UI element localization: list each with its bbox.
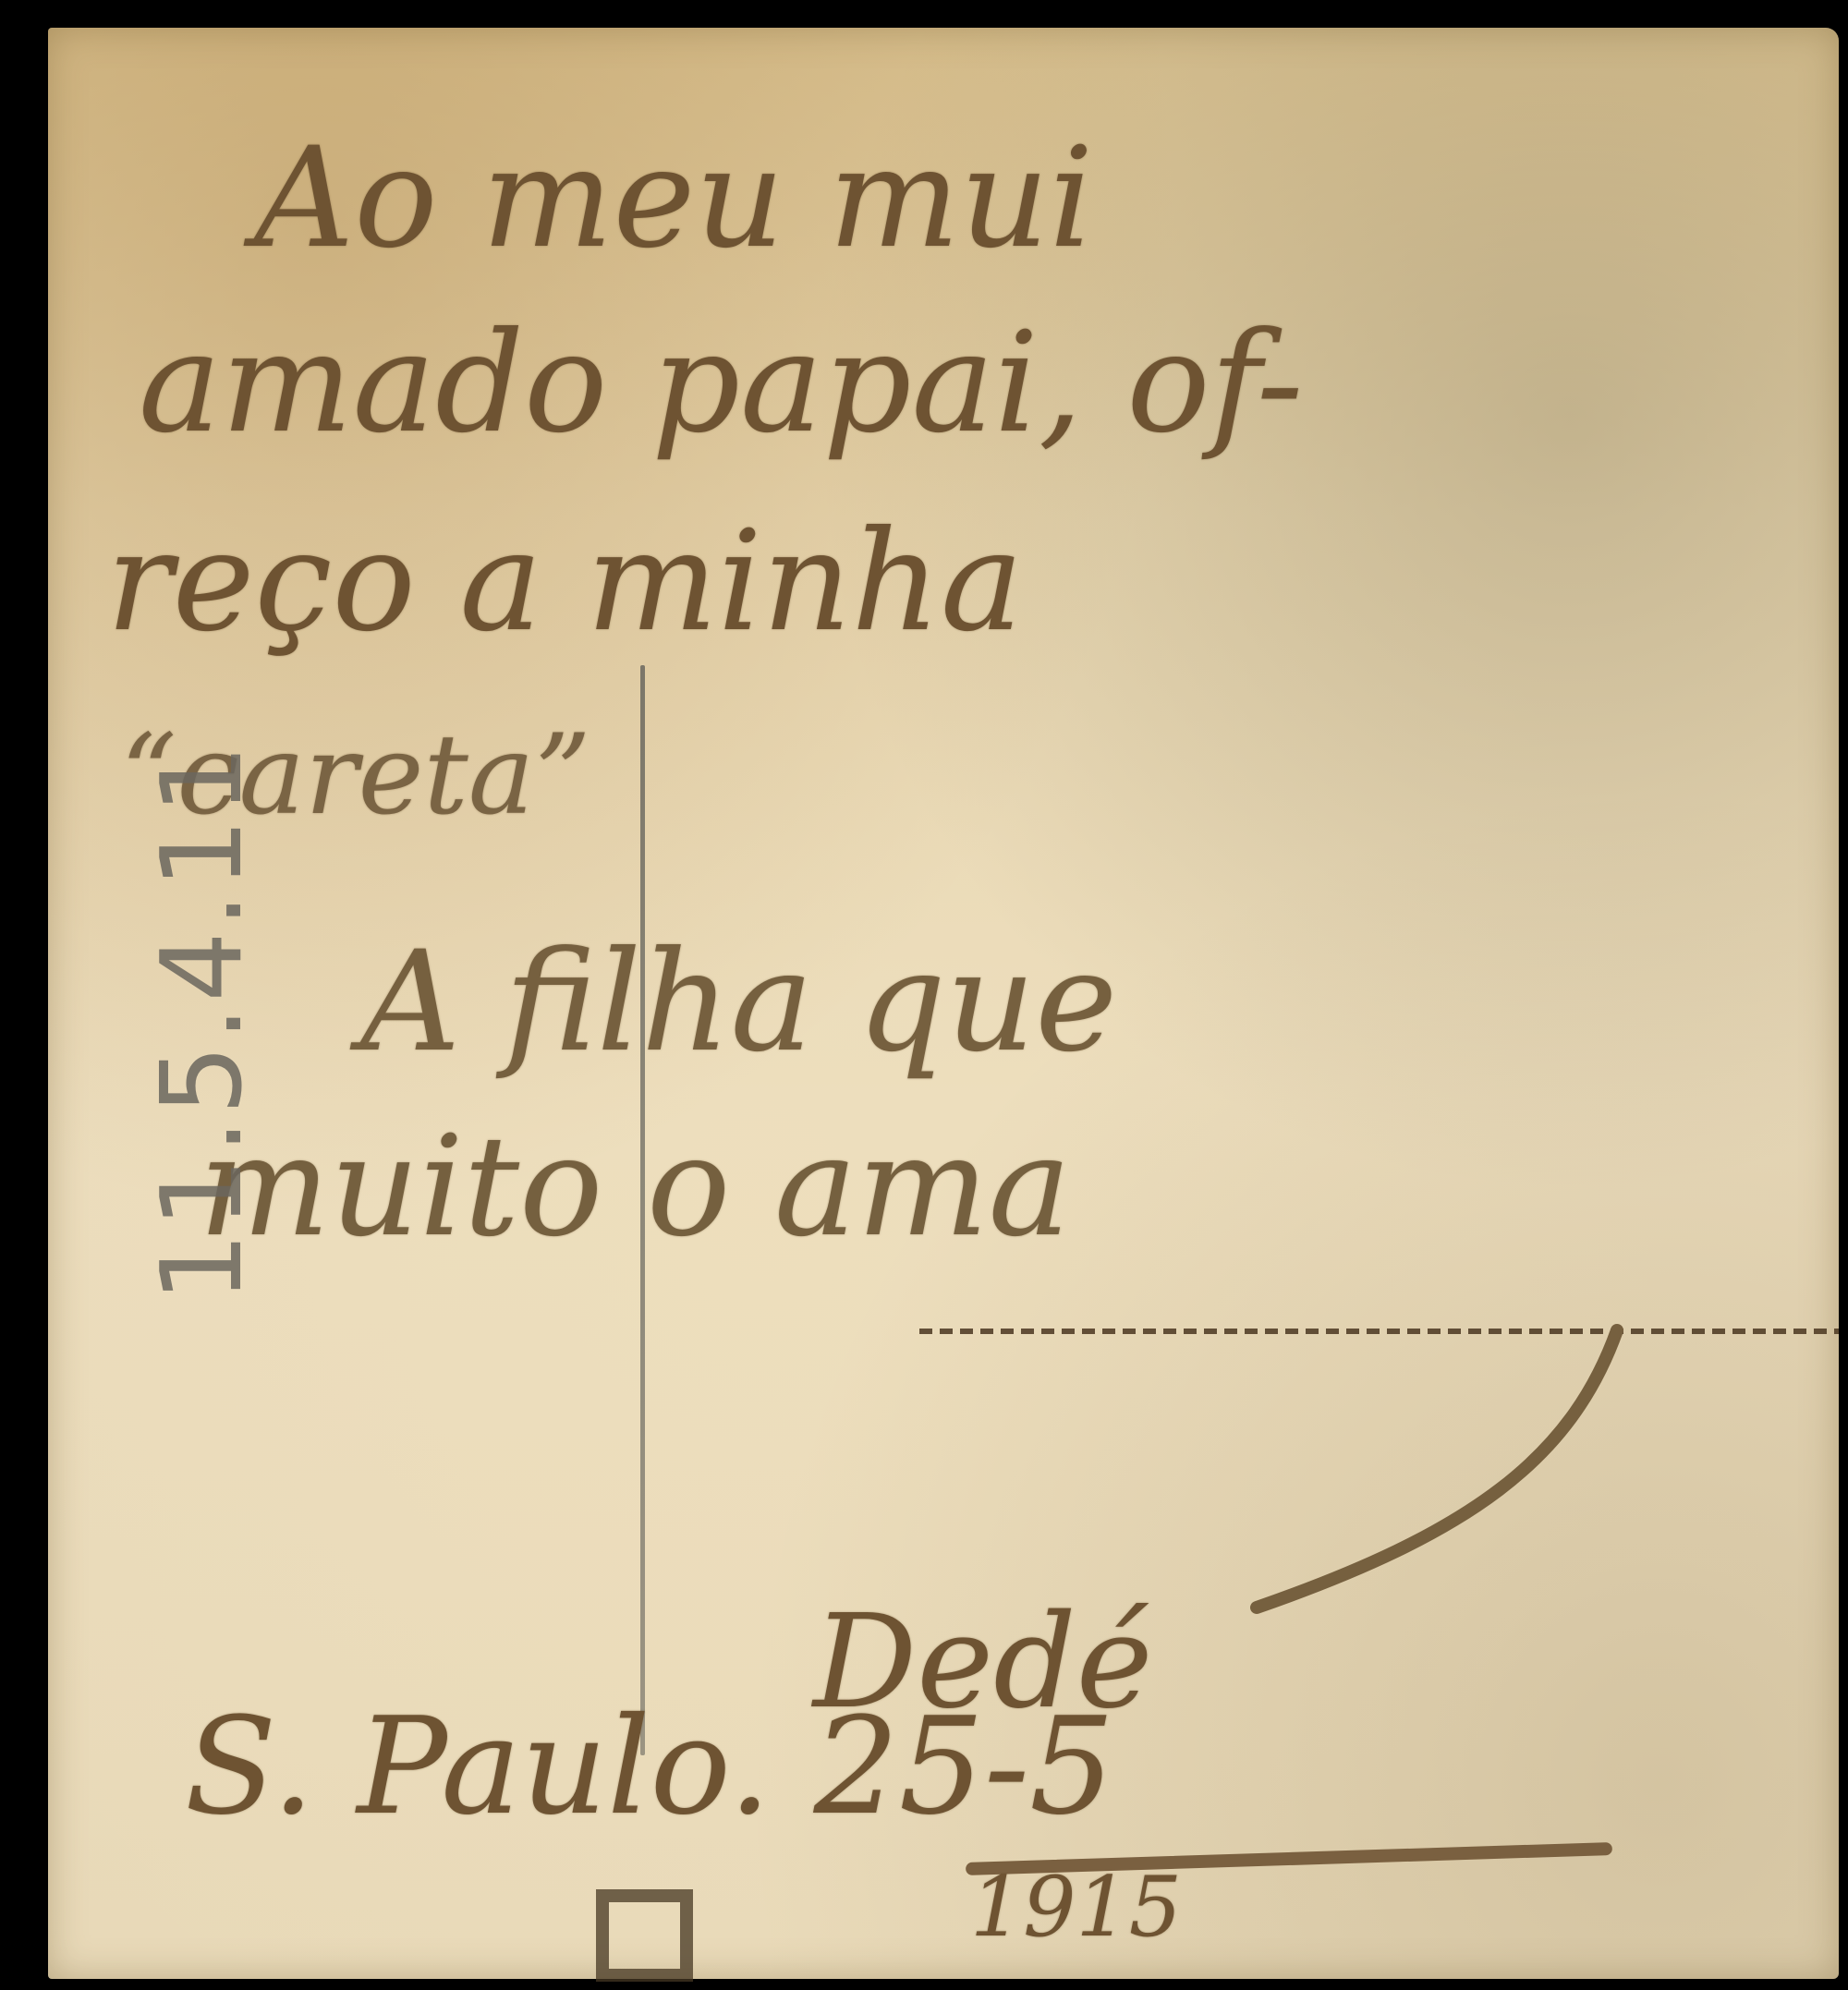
dedication-line-6: muito o ama (199, 1118, 1071, 1256)
year: 1915 (970, 1866, 1182, 1949)
place-date: S. Paulo. 25-5 (185, 1700, 1114, 1834)
ink-flourish-stroke (1238, 1321, 1626, 1617)
pencil-date-annotation: 11.5.4.11 (148, 740, 259, 1303)
dedication-line-5: A filha que (360, 933, 1117, 1072)
stamp-mark (596, 1889, 693, 1982)
dedication-line-1: Ao meu mui (254, 129, 1093, 268)
dedication-line-2: amado papai, of- (139, 314, 1304, 453)
dedication-line-3: reço a minha (106, 513, 1023, 651)
